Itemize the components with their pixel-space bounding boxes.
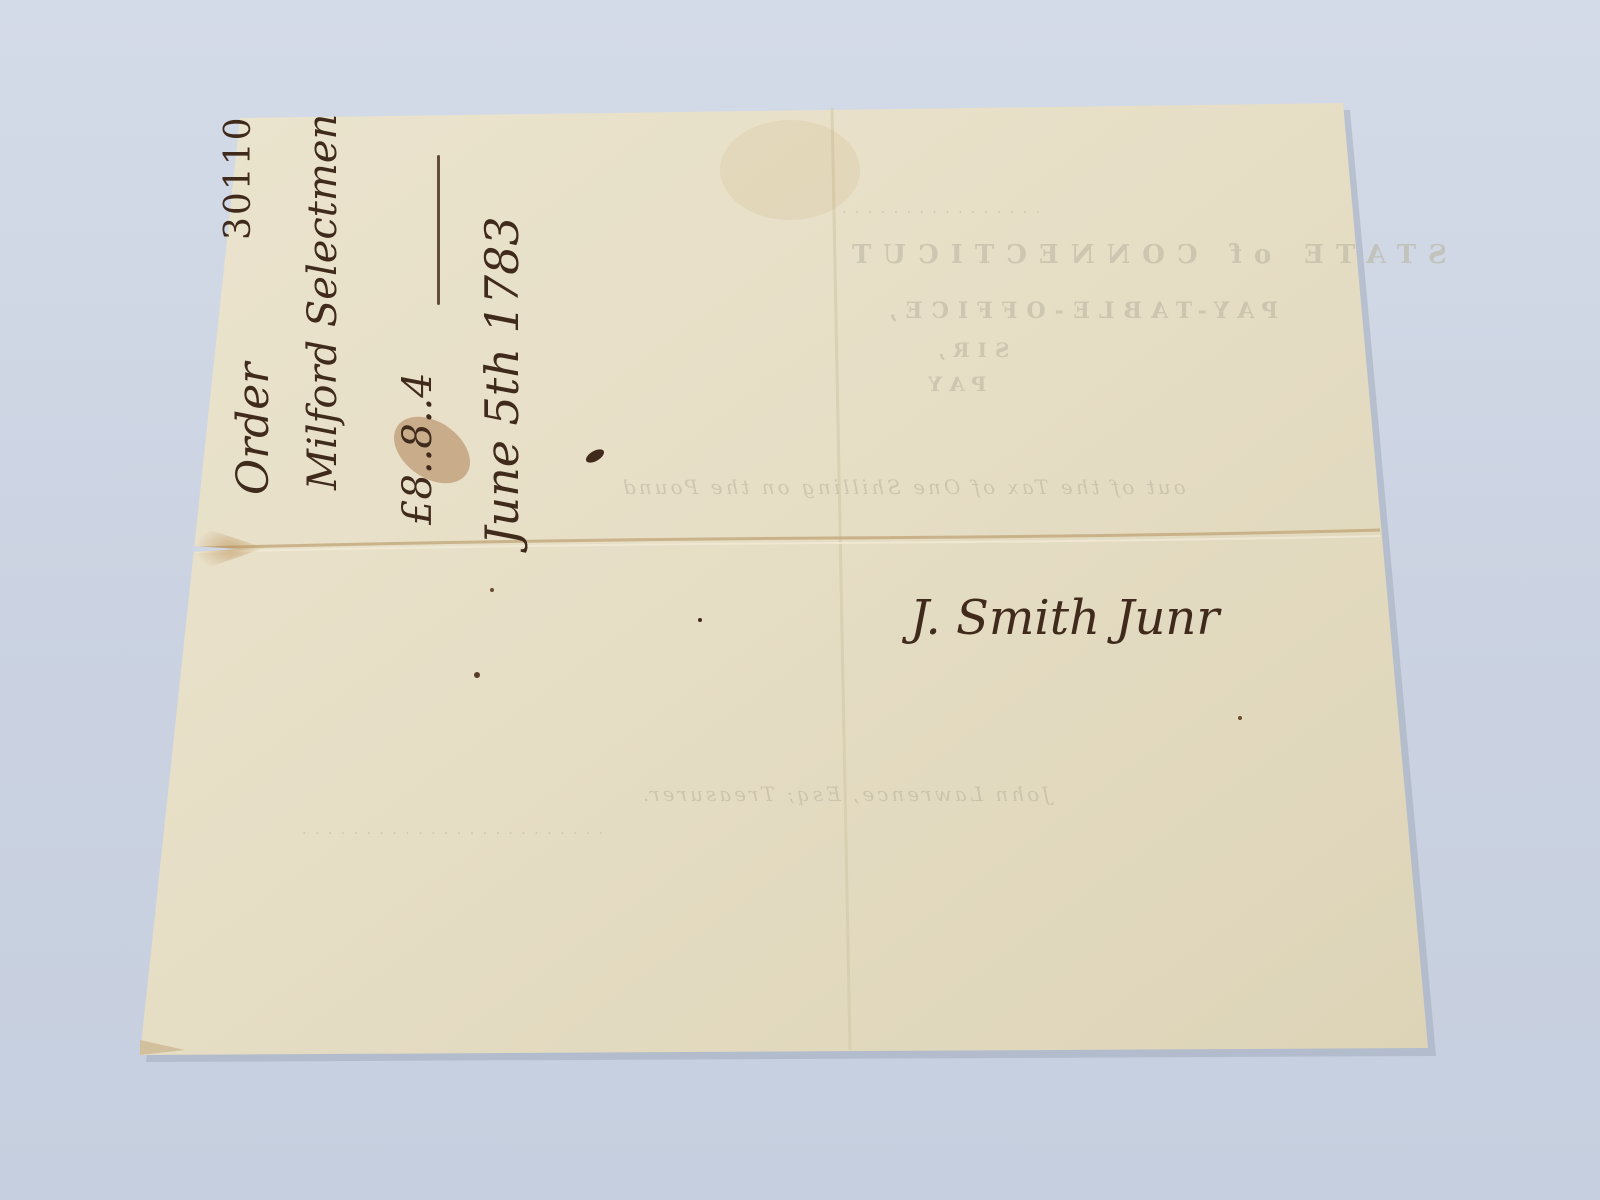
handwritten-date: June 5th 1783 <box>475 216 529 545</box>
photo-scene: · · · · · · · · · · · · · · · · STATE of… <box>0 0 1600 1200</box>
handwritten-dash <box>437 155 440 305</box>
printed-ornament-line: · · · · · · · · · · · · · · · · <box>840 205 1040 221</box>
handwritten-payee: Milford Selectmen <box>300 114 346 490</box>
handwritten-order-number: 30110 <box>218 115 259 240</box>
printed-office-heading: PAY-TABLE-OFFICE, <box>880 298 1278 324</box>
handwritten-order-label: Order <box>228 363 279 495</box>
printed-body-line: out of the Tax of One Shilling on the Po… <box>620 475 1186 499</box>
printed-salutation: SIR, <box>930 338 1009 362</box>
printed-state-heading: STATE of CONNECTICUT <box>840 240 1447 270</box>
printed-footer-line: · · · · · · · · · · · · · · · · · · · · … <box>300 826 603 842</box>
printed-pay-label: PAY <box>920 372 986 396</box>
handwritten-amount: £8..8..4 <box>395 372 441 525</box>
printed-treasurer-line: John Lawrence, Esq; Treasurer. <box>640 782 1050 806</box>
handwritten-signature: J. Smith Junr <box>910 590 1219 646</box>
